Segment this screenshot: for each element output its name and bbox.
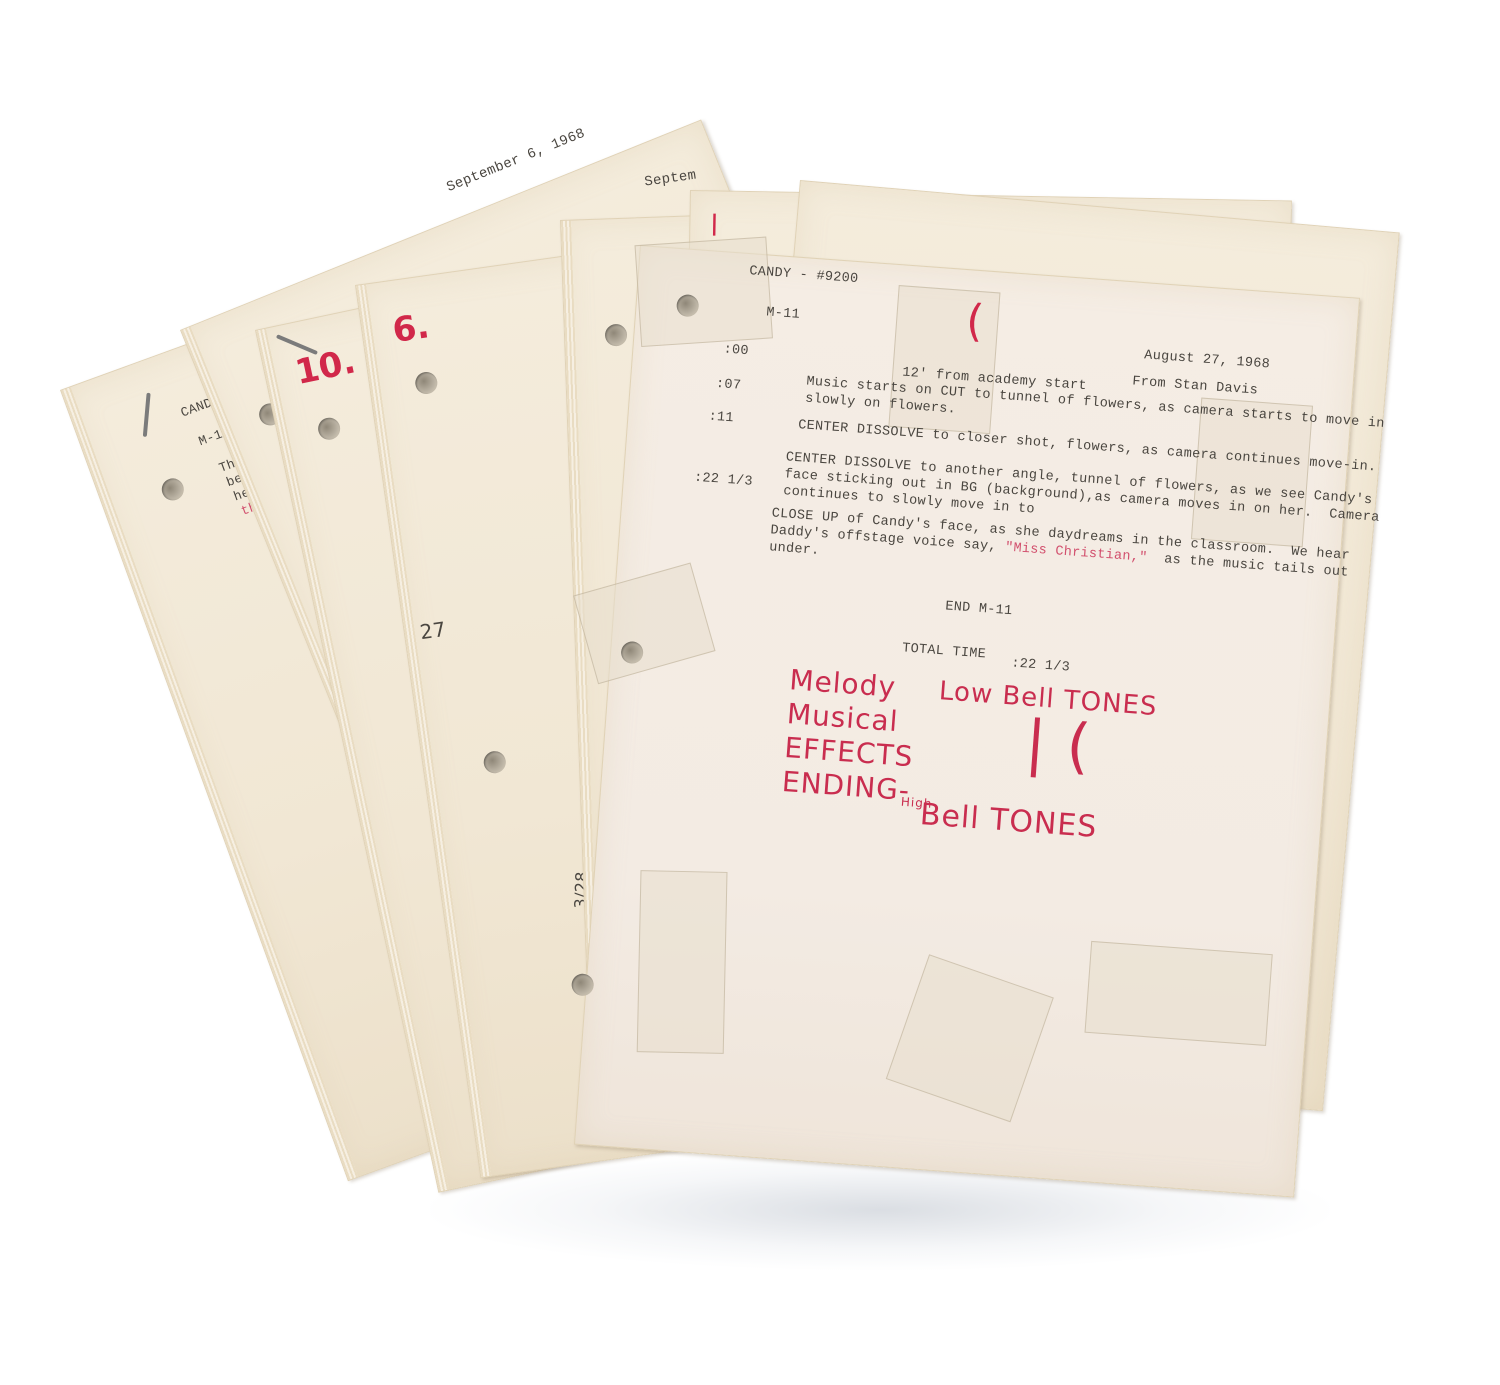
punch-hole (482, 750, 507, 775)
closeup-line: under. (769, 540, 820, 559)
punch-hole (159, 475, 187, 503)
sheet-date: August 27, 1968 (1144, 348, 1271, 372)
tape-strip (635, 237, 773, 348)
punch-hole (414, 371, 439, 396)
staple (143, 393, 151, 437)
tape-strip (1085, 941, 1273, 1046)
punch-hole (316, 416, 342, 442)
page-number-mark: 6. (390, 306, 432, 351)
cue-number: M-11 (766, 305, 801, 322)
total-time-value: :22 1/3 (1011, 656, 1071, 675)
composer-credit: From Stan Davis (1132, 374, 1259, 398)
total-time-label: TOTAL TIME (902, 641, 987, 662)
timecode: :07 (715, 377, 741, 394)
sheet-date: September 6, 1968 (444, 126, 587, 196)
punch-hole (571, 973, 595, 997)
pencil-note: 27 (418, 617, 447, 644)
cue-sheet-m11: ( CANDY - #9200 M-11 August 27, 1968 Fro… (574, 245, 1360, 1197)
tape-strip (886, 954, 1054, 1122)
handwritten-bracket: | ( (1024, 726, 1092, 765)
tape-strip (637, 870, 728, 1054)
handwritten-high-bell-tones: Bell TONES (919, 798, 1099, 845)
timecode: :00 (723, 342, 749, 359)
timecode: :11 (708, 410, 734, 427)
end-label: END M-11 (945, 599, 1013, 619)
timecode: :22 1/3 (694, 471, 754, 490)
handwritten-melody-notes: Melody Musical EFFECTS ENDING- (781, 663, 920, 808)
red-mark: | (710, 211, 718, 236)
punch-hole (605, 324, 628, 347)
